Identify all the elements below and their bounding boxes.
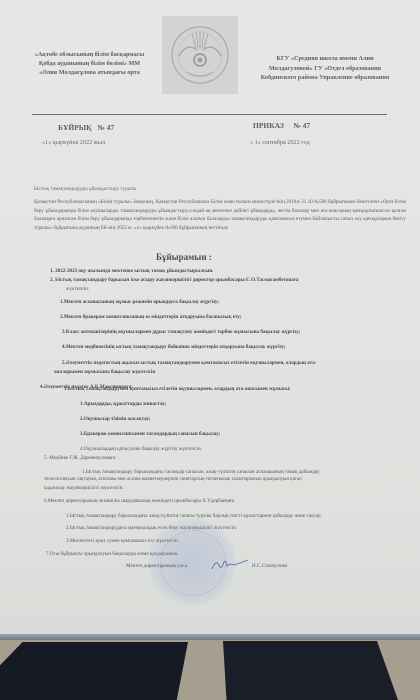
order-kz-label: БҰЙРЫҚ	[58, 123, 92, 132]
order-kz-number: № 47	[97, 123, 114, 132]
order-item: 4.Оқушылардың қатысуына бақылау жүргізу …	[80, 446, 202, 452]
signatory-name: Н.С.Стамкулова	[252, 563, 287, 569]
state-emblem-icon	[162, 16, 238, 94]
order-item: 5.Әлеуметтік педагогтың ақысыз ыстық там…	[62, 360, 317, 366]
order-subject: Ыстық тамақтандыруды ұйымдастыру туралы	[34, 186, 136, 192]
order-title: Бұйырамын :	[156, 252, 212, 262]
order-item: 1.Мектеп асханасының жұмыс режимін орынд…	[60, 299, 219, 305]
order-item: 2.Мектеп бракераж комиссиясының өз мінде…	[60, 314, 242, 320]
order-item: 4.Мектеп медбикесінің ыстық тамақтандыру…	[62, 344, 286, 350]
order-item: 1.Ыстық тамақтандыру барысындағы тағамда…	[82, 469, 320, 475]
order-ru-heading: ПРИКАЗ № 47	[253, 121, 310, 130]
order-item: 2.Оқушылар тізімін жасақтау;	[80, 416, 151, 422]
header-divider	[32, 114, 387, 115]
order-item: технологиясын сақтауын, аспазшы мен асха…	[44, 477, 302, 482]
order-item: 6.Мектеп директорының әкімшілік шаруашыл…	[44, 498, 234, 504]
order-item: қадағалау жауапкершілігі жүктелсін.	[44, 485, 124, 491]
order-item: 1. 2022-2023 оқу жылында мектепке ыстық …	[50, 268, 213, 274]
order-kz-date: «1» қыркүйек 2022 жыл	[42, 139, 105, 146]
order-item: 1.Арыздарды, құжаттарды жинастау;	[80, 401, 166, 407]
header-left-kz: «Ақтөбе облысының білім басқармасы Қобда…	[32, 50, 147, 77]
order-ru-label: ПРИКАЗ	[253, 121, 284, 130]
order-item: 3.Класс жетекшілерінің оқушылармен дұрыс…	[62, 329, 300, 335]
signatory-role: Мектеп директорының у.м.а	[126, 563, 187, 569]
order-ru-number: № 47	[293, 121, 310, 130]
dark-fabric-right	[223, 641, 398, 700]
order-item: 2. Ыстық тамақтандыру барысын іске асыру…	[50, 277, 298, 283]
order-kz-heading: БҰЙРЫҚ № 47	[58, 123, 114, 132]
order-item: 3.Бракераж комиссиясымен тағамдардың сап…	[80, 431, 220, 437]
dark-fabric-left	[0, 642, 188, 700]
order-preamble: Қазақстан Республикасының «Білім туралы»…	[34, 198, 406, 232]
document-page: «Ақтөбе облысының білім басқармасы Қобда…	[0, 0, 420, 634]
order-item: жүктелсін.	[66, 286, 89, 292]
order-item: 5. Медбике Г.Ж. Дарменкуловаға	[44, 455, 115, 461]
order-ru-date: « 1» сентября 2022 год	[250, 139, 310, 146]
handwritten-signature-icon	[210, 557, 250, 573]
header-right-ru: КГУ «Средняя школа имени Алии Молдагулов…	[255, 54, 395, 83]
order-item: 1.Ыстық тамақтандырумен қамтамасыз етіле…	[64, 386, 291, 392]
order-item: аналарымен жұмысына бақылау жүктелсін	[54, 369, 155, 375]
